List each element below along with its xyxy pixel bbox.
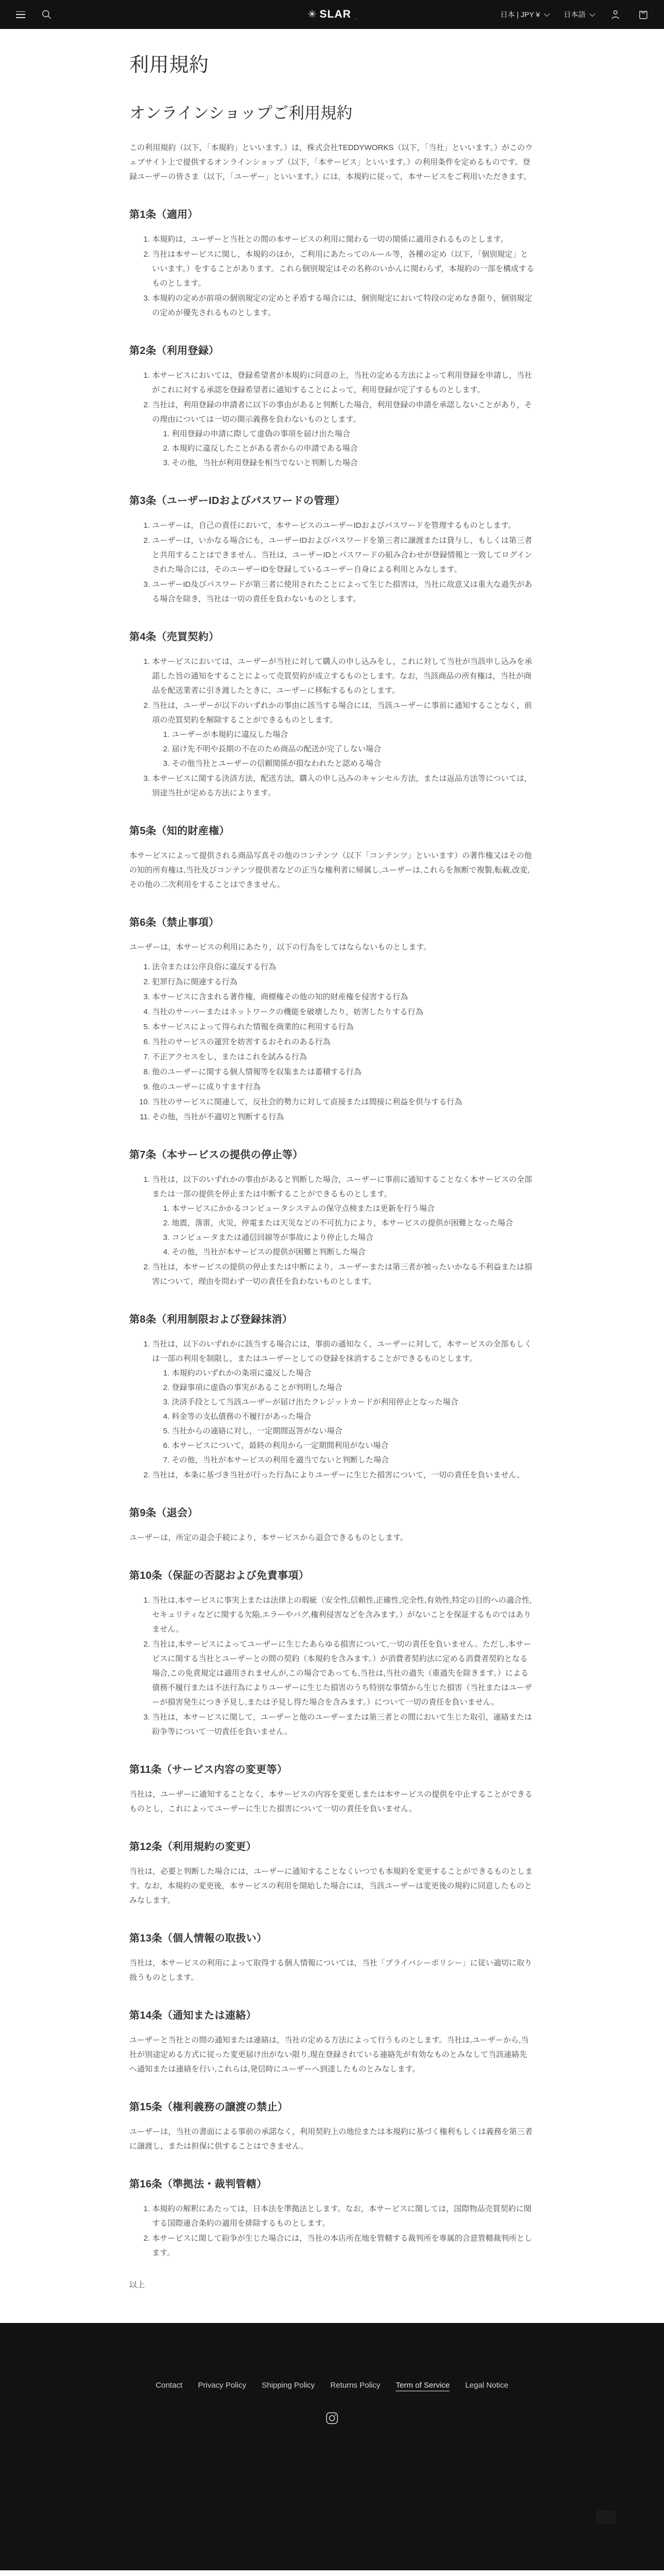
sub-list-item: 当社からの連絡に対し，一定期間返答がない場合: [172, 1424, 535, 1439]
sub-list-item: 地震，落雷，火災，停電または天災などの不可抗力により，本サービスの提供が困難とな…: [172, 1216, 535, 1231]
section-list: 本サービスにおいては，登録希望者が本規約に同意の上，当社の定める方法によって利用…: [129, 368, 535, 470]
section-article-12: 第12条（利用規約の変更）当社は，必要と判断した場合には，ユーザーに通知すること…: [129, 1838, 535, 1908]
list-item: 当社は本サービスに関し，本規約のほか，ご利用にあたってのルール等，各種の定め（以…: [152, 247, 535, 291]
sub-list: 本規約のいずれかの条項に違反した場合登録事項に虚偽の事実があることが判明した場合…: [152, 1366, 535, 1468]
section-paragraph: 本サービスによって提供される商品写真その他のコンテンツ（以下「コンテンツ」といい…: [129, 849, 535, 892]
sub-list-item: その他当社とユーザーの信頼関係が損なわれたと認める場合: [172, 757, 535, 771]
list-item: 当社は，利用登録の申請者に以下の事由があると判断した場合，利用登録の申請を承認し…: [152, 398, 535, 470]
section-heading: 第14条（通知または連絡）: [129, 2007, 535, 2022]
instagram-icon[interactable]: [325, 2418, 339, 2427]
store-logo[interactable]: ✳ SLAR .: [308, 8, 356, 21]
section-list: 本規約の解釈にあたっては，日本法を準拠法とします。なお，本サービスに関しては，国…: [129, 2202, 535, 2260]
page-subtitle: オンラインショップご利用規約: [129, 100, 535, 123]
section-heading: 第7条（本サービスの提供の停止等）: [129, 1146, 535, 1161]
list-item: 本サービスによって得られた情報を商業的に利用する行為: [152, 1020, 535, 1034]
account-icon[interactable]: [609, 8, 622, 21]
footer-link-returns-policy[interactable]: Returns Policy: [330, 2381, 381, 2390]
section-article-10: 第10条（保証の否認および免責事項）当社は,本サービスに事実上または法律上の瑕疵…: [129, 1567, 535, 1739]
sub-list-item: その他，当社が本サービスの提供が困難と判断した場合: [172, 1245, 535, 1260]
closing-text: 以上: [129, 2279, 535, 2290]
list-item: 当社のサービスに関連して，反社会的勢力に対して直接または間接に利益を供与する行為: [152, 1095, 535, 1109]
search-icon[interactable]: [40, 8, 53, 21]
list-item: 当社は，以下のいずれかに該当する場合には，事前の通知なく，ユーザーに対して，本サ…: [152, 1337, 535, 1468]
section-article-15: 第15条（権利義務の譲渡の禁止）ユーザーは，当社の書面による事前の承諾なく，利用…: [129, 2098, 535, 2154]
section-paragraph: ユーザーは，本サービスの利用にあたり，以下の行為をしてはならないものとします。: [129, 940, 535, 955]
sub-list-item: 本サービスについて，最終の利用から一定期間利用がない場合: [172, 1439, 535, 1453]
star-logo-icon: ✳: [308, 9, 316, 20]
list-item: 当社は，本条に基づき当社が行った行為によりユーザーに生じた損害について，一切の責…: [152, 1468, 535, 1483]
section-list: 本規約は，ユーザーと当社との間の本サービスの利用に関わる一切の関係に適用されるも…: [129, 232, 535, 320]
footer-links-nav: ContactPrivacy PolicyShipping PolicyRetu…: [156, 2381, 508, 2390]
sub-list: 本サービスにかかるコンピュータシステムの保守点検または更新を行う場合地震，落雷，…: [152, 1202, 535, 1260]
section-article-5: 第5条（知的財産権）本サービスによって提供される商品写真その他のコンテンツ（以下…: [129, 822, 535, 892]
footer-link-shipping-policy[interactable]: Shipping Policy: [262, 2381, 315, 2390]
section-list: 当社は，以下のいずれかに該当する場合には，事前の通知なく，ユーザーに対して，本サ…: [129, 1337, 535, 1483]
section-paragraph: ユーザーと当社との間の通知または連絡は，当社の定める方法によって行うものとします…: [129, 2033, 535, 2077]
list-item: 本規約の定めが前項の個別規定の定めと矛盾する場合には，個別規定において特段の定め…: [152, 291, 535, 320]
section-paragraph: 当社は，本サービスの利用によって取得する個人情報については，当社「プライバシーポ…: [129, 1956, 535, 1985]
section-heading: 第12条（利用規約の変更）: [129, 1838, 535, 1853]
list-item: 本サービスに関して紛争が生じた場合には，当社の本店所在地を管轄する裁判所を専属的…: [152, 2231, 535, 2260]
footer-link-contact[interactable]: Contact: [156, 2381, 183, 2390]
section-article-1: 第1条（適用）本規約は，ユーザーと当社との間の本サービスの利用に関わる一切の関係…: [129, 206, 535, 320]
section-heading: 第9条（退会）: [129, 1504, 535, 1519]
section-heading: 第1条（適用）: [129, 206, 535, 221]
cart-bag-icon[interactable]: [637, 8, 650, 21]
sub-list-item: 料金等の支払債務の不履行があった場合: [172, 1410, 535, 1424]
chevron-down-icon: [590, 11, 595, 17]
intro-paragraph: この利用規約（以下，「本規約」といいます。）は，株式会社TEDDYWORKS（以…: [129, 141, 535, 184]
list-item: 本規約は，ユーザーと当社との間の本サービスの利用に関わる一切の関係に適用されるも…: [152, 232, 535, 247]
sub-list-item: その他，当社が本サービスの利用を適当でないと判断した場合: [172, 1453, 535, 1468]
chevron-down-icon: [544, 11, 550, 17]
section-list: ユーザーは，自己の責任において，本サービスのユーザーIDおよびパスワードを管理す…: [129, 519, 535, 606]
section-heading: 第15条（権利義務の譲渡の禁止）: [129, 2098, 535, 2113]
section-heading: 第10条（保証の否認および免責事項）: [129, 1567, 535, 1582]
section-article-2: 第2条（利用登録）本サービスにおいては，登録希望者が本規約に同意の上，当社の定め…: [129, 342, 535, 470]
section-heading: 第2条（利用登録）: [129, 342, 535, 357]
sub-list-item: 決済手段として当該ユーザーが届け出たクレジットカードが利用停止となった場合: [172, 1395, 535, 1410]
sub-list-item: 登録事項に虚偽の事実があることが判明した場合: [172, 1381, 535, 1395]
list-item: 当社は，本サービスに関して，ユーザーと他のユーザーまたは第三者との間において生じ…: [152, 1710, 535, 1739]
list-item: 本サービスにおいては，ユーザーが当社に対して購入の申し込みをし，これに対して当社…: [152, 655, 535, 698]
footer-link-term-of-service[interactable]: Term of Service: [396, 2381, 449, 2390]
section-article-13: 第13条（個人情報の取扱い）当社は，本サービスの利用によって取得する個人情報につ…: [129, 1930, 535, 1985]
store-logo-text: SLAR: [320, 8, 351, 21]
sub-list-item: 本サービスにかかるコンピュータシステムの保守点検または更新を行う場合: [172, 1202, 535, 1216]
sub-list-item: ユーザーが本規約に違反した場合: [172, 728, 535, 742]
section-heading: 第4条（売買契約）: [129, 628, 535, 643]
section-article-3: 第3条（ユーザーIDおよびパスワードの管理）ユーザーは，自己の責任において，本サ…: [129, 492, 535, 606]
section-paragraph: 当社は，必要と判断した場合には，ユーザーに通知することなくいつでも本規約を変更す…: [129, 1864, 535, 1908]
list-item: 本サービスに関する決済方法，配送方法，購入の申し込みのキャンセル方法，または返品…: [152, 772, 535, 801]
list-item: 不正アクセスをし，またはこれを試みる行為: [152, 1050, 535, 1064]
list-item: その他，当社が不適切と判断する行為: [152, 1110, 535, 1124]
chat-widget-placeholder[interactable]: [596, 2510, 616, 2524]
site-header: ✳ SLAR . 日本 | JPY ¥ 日本語: [0, 0, 664, 29]
list-item: 当社のサービスの運営を妨害するおそれのある行為: [152, 1035, 535, 1049]
list-item: ユーザーID及びパスワードが第三者に使用されたことによって生じた損害は，当社に故…: [152, 578, 535, 606]
footer-link-privacy-policy[interactable]: Privacy Policy: [198, 2381, 246, 2390]
country-currency-label: 日本 | JPY ¥: [500, 9, 540, 20]
section-article-6: 第6条（禁止事項）ユーザーは，本サービスの利用にあたり，以下の行為をしてはならな…: [129, 914, 535, 1124]
list-item: 犯罪行為に関連する行為: [152, 975, 535, 989]
section-heading: 第16条（準拠法・裁判管轄）: [129, 2175, 535, 2190]
list-item: 本サービスに含まれる著作権，商標権その他の知的財産権を侵害する行為: [152, 990, 535, 1004]
logo-dot: .: [355, 15, 356, 21]
list-item: 本規約の解釈にあたっては，日本法を準拠法とします。なお，本サービスに関しては，国…: [152, 2202, 535, 2231]
language-selector[interactable]: 日本語: [564, 9, 594, 20]
page-title: 利用規約: [129, 49, 535, 77]
section-heading: 第6条（禁止事項）: [129, 914, 535, 929]
list-item: 当社は,本サービスによってユーザーに生じたあらゆる損害について,一切の責任を負い…: [152, 1637, 535, 1710]
section-article-7: 第7条（本サービスの提供の停止等）当社は，以下のいずれかの事由があると判断した場…: [129, 1146, 535, 1289]
sub-list-item: 届け先不明や長期の不在のため商品の配送が完了しない場合: [172, 742, 535, 757]
sub-list-item: その他，当社が利用登録を相当でないと判断した場合: [172, 456, 535, 470]
section-list: 当社は，以下のいずれかの事由があると判断した場合，ユーザーに事前に通知することな…: [129, 1173, 535, 1289]
list-item: ユーザーは，いかなる場合にも，ユーザーIDおよびパスワードを第三者に譲渡または貸…: [152, 534, 535, 577]
sub-list-item: 本規約に違反したことがある者からの申請である場合: [172, 441, 535, 456]
list-item: 当社のサーバーまたはネットワークの機能を破壊したり，妨害したりする行為: [152, 1005, 535, 1019]
terms-page-content: 利用規約 オンラインショップご利用規約 この利用規約（以下，「本規約」といいます…: [129, 29, 535, 2323]
section-list: 当社は,本サービスに事実上または法律上の瑕疵（安全性,信頼性,正確性,完全性,有…: [129, 1593, 535, 1739]
section-heading: 第13条（個人情報の取扱い）: [129, 1930, 535, 1945]
list-item: 当社は,本サービスに事実上または法律上の瑕疵（安全性,信頼性,正確性,完全性,有…: [152, 1593, 535, 1637]
terms-sections: 第1条（適用）本規約は，ユーザーと当社との間の本サービスの利用に関わる一切の関係…: [129, 206, 535, 2260]
sub-list-item: コンピュータまたは通信回線等が事故により停止した場合: [172, 1231, 535, 1245]
section-article-8: 第8条（利用制限および登録抹消）当社は，以下のいずれかに該当する場合には，事前の…: [129, 1311, 535, 1483]
site-footer: ContactPrivacy PolicyShipping PolicyRetu…: [0, 2323, 664, 2570]
section-paragraph: 当社は，ユーザーに通知することなく，本サービスの内容を変更しまたは本サービスの提…: [129, 1787, 535, 1816]
hamburger-menu-icon[interactable]: [14, 8, 27, 21]
section-heading: 第11条（サービス内容の変更等）: [129, 1761, 535, 1776]
section-article-16: 第16条（準拠法・裁判管轄）本規約の解釈にあたっては，日本法を準拠法とします。な…: [129, 2175, 535, 2260]
section-heading: 第5条（知的財産権）: [129, 822, 535, 837]
section-heading: 第3条（ユーザーIDおよびパスワードの管理）: [129, 492, 535, 507]
section-paragraph: ユーザーは，当社の書面による事前の承諾なく，利用契約上の地位または本規約に基づく…: [129, 2125, 535, 2154]
section-article-11: 第11条（サービス内容の変更等）当社は，ユーザーに通知することなく，本サービスの…: [129, 1761, 535, 1816]
section-heading: 第8条（利用制限および登録抹消）: [129, 1311, 535, 1326]
list-item: ユーザーは，自己の責任において，本サービスのユーザーIDおよびパスワードを管理す…: [152, 519, 535, 533]
language-label: 日本語: [564, 9, 585, 20]
footer-link-legal-notice[interactable]: Legal Notice: [465, 2381, 508, 2390]
list-item: 当社は，本サービスの提供の停止または中断により，ユーザーまたは第三者が被ったいか…: [152, 1260, 535, 1289]
section-paragraph: ユーザーは，所定の退会手続により，本サービスから退会できるものとします。: [129, 1531, 535, 1545]
list-item: 当社は，ユーザーが以下のいずれかの事由に該当する場合には，当該ユーザーに事前に通…: [152, 699, 535, 771]
section-article-14: 第14条（通知または連絡）ユーザーと当社との間の通知または連絡は，当社の定める方…: [129, 2007, 535, 2077]
sub-list: 利用登録の申請に際して虚偽の事項を届け出た場合本規約に違反したことがある者からの…: [152, 427, 535, 470]
section-list: 本サービスにおいては，ユーザーが当社に対して購入の申し込みをし，これに対して当社…: [129, 655, 535, 801]
list-item: 当社は，以下のいずれかの事由があると判断した場合，ユーザーに事前に通知することな…: [152, 1173, 535, 1260]
list-item: 法令または公序良俗に違反する行為: [152, 960, 535, 974]
list-item: 他のユーザーに関する個人情報等を収集または蓄積する行為: [152, 1065, 535, 1079]
sub-list-item: 利用登録の申請に際して虚偽の事項を届け出た場合: [172, 427, 535, 441]
sub-list: ユーザーが本規約に違反した場合届け先不明や長期の不在のため商品の配送が完了しない…: [152, 728, 535, 771]
section-list: 法令または公序良俗に違反する行為犯罪行為に関連する行為本サービスに含まれる著作権…: [129, 960, 535, 1124]
list-item: 他のユーザーに成りすます行為: [152, 1080, 535, 1094]
section-article-4: 第4条（売買契約）本サービスにおいては，ユーザーが当社に対して購入の申し込みをし…: [129, 628, 535, 801]
sub-list-item: 本規約のいずれかの条項に違反した場合: [172, 1366, 535, 1381]
list-item: 本サービスにおいては，登録希望者が本規約に同意の上，当社の定める方法によって利用…: [152, 368, 535, 397]
section-article-9: 第9条（退会）ユーザーは，所定の退会手続により，本サービスから退会できるものとし…: [129, 1504, 535, 1545]
country-currency-selector[interactable]: 日本 | JPY ¥: [500, 9, 548, 20]
